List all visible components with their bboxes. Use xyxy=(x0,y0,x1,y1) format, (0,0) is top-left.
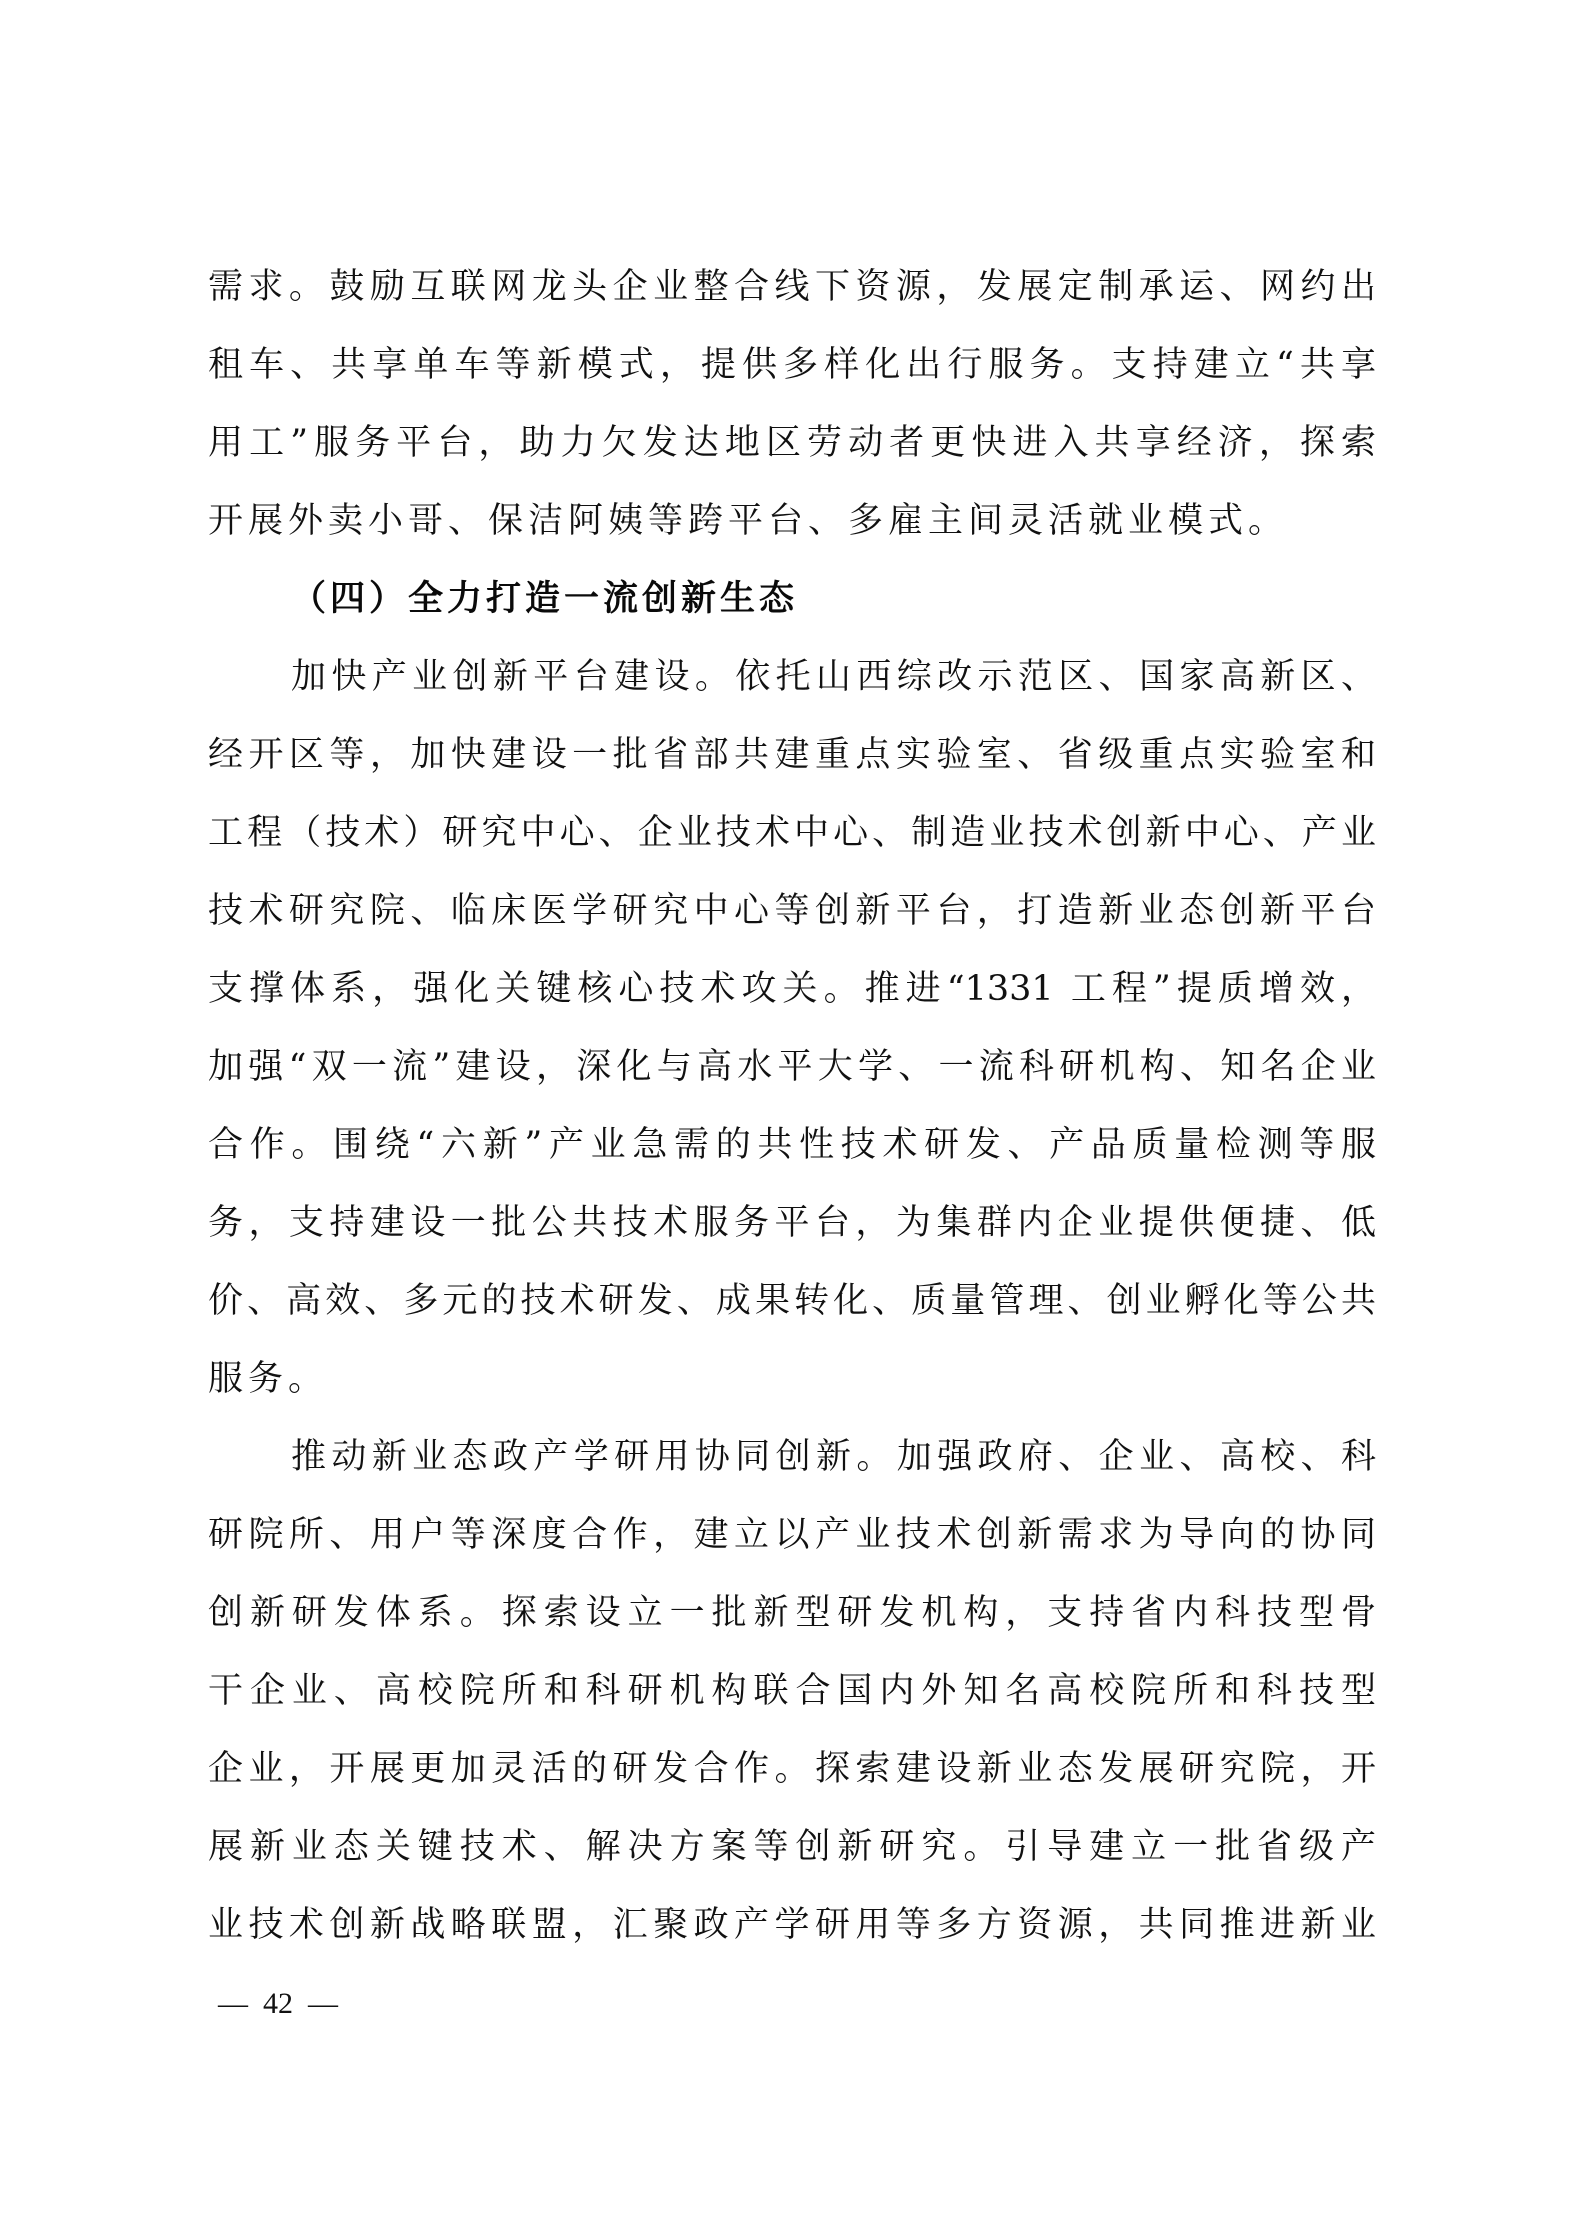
paragraph-line: 租车、共享单车等新模式，提供多样化出行服务。支持建立“共享 xyxy=(208,326,1376,404)
section-heading: （四）全力打造一流创新生态 xyxy=(208,560,1376,638)
paragraph-line: 研院所、用户等深度合作，建立以产业技术创新需求为导向的协同 xyxy=(208,1496,1376,1574)
paragraph-line: 业技术创新战略联盟，汇聚政产学研用等多方资源，共同推进新业 xyxy=(208,1886,1376,1964)
paragraph-line: 需求。鼓励互联网龙头企业整合线下资源，发展定制承运、网约出 xyxy=(208,248,1376,326)
document-page: 需求。鼓励互联网龙头企业整合线下资源，发展定制承运、网约出 租车、共享单车等新模… xyxy=(0,0,1581,2217)
paragraph-line: 支撑体系，强化关键核心技术攻关。推进“1331 工程”提质增效， xyxy=(208,950,1376,1028)
paragraph-line: 用工”服务平台，助力欠发达地区劳动者更快进入共享经济，探索 xyxy=(208,404,1376,482)
body-text: 需求。鼓励互联网龙头企业整合线下资源，发展定制承运、网约出 租车、共享单车等新模… xyxy=(208,248,1376,1964)
page-number: — 42 — xyxy=(218,1986,338,2022)
paragraph-line: 企业，开展更加灵活的研发合作。探索建设新业态发展研究院，开 xyxy=(208,1730,1376,1808)
paragraph-line: 开展外卖小哥、保洁阿姨等跨平台、多雇主间灵活就业模式。 xyxy=(208,482,1376,560)
paragraph-line: 创新研发体系。探索设立一批新型研发机构，支持省内科技型骨 xyxy=(208,1574,1376,1652)
paragraph-line: 价、高效、多元的技术研发、成果转化、质量管理、创业孵化等公共 xyxy=(208,1262,1376,1340)
paragraph-line: 推动新业态政产学研用协同创新。加强政府、企业、高校、科 xyxy=(208,1418,1376,1496)
paragraph-line: 展新业态关键技术、解决方案等创新研究。引导建立一批省级产 xyxy=(208,1808,1376,1886)
paragraph-line: 干企业、高校院所和科研机构联合国内外知名高校院所和科技型 xyxy=(208,1652,1376,1730)
paragraph-line: 加强“双一流”建设，深化与高水平大学、一流科研机构、知名企业 xyxy=(208,1028,1376,1106)
paragraph-line: 技术研究院、临床医学研究中心等创新平台，打造新业态创新平台 xyxy=(208,872,1376,950)
paragraph-line: 服务。 xyxy=(208,1340,1376,1418)
paragraph-line: 务，支持建设一批公共技术服务平台，为集群内企业提供便捷、低 xyxy=(208,1184,1376,1262)
paragraph-line: 工程（技术）研究中心、企业技术中心、制造业技术创新中心、产业 xyxy=(208,794,1376,872)
paragraph-line: 合作。围绕“六新”产业急需的共性技术研发、产品质量检测等服 xyxy=(208,1106,1376,1184)
paragraph-line: 加快产业创新平台建设。依托山西综改示范区、国家高新区、 xyxy=(208,638,1376,716)
paragraph-line: 经开区等，加快建设一批省部共建重点实验室、省级重点实验室和 xyxy=(208,716,1376,794)
